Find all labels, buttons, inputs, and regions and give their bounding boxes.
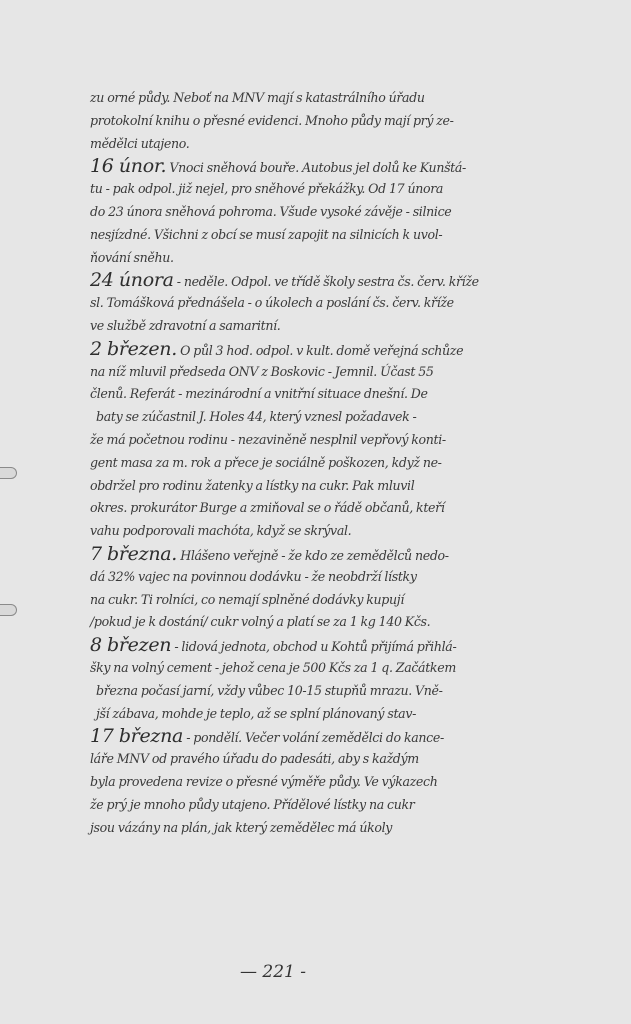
text-line: okres. prokurátor Burge a zmiňoval se o … bbox=[90, 497, 610, 520]
date-heading: 17 března bbox=[90, 725, 183, 747]
line-text: Hlášeno veřejně - že kdo ze zemědělců ne… bbox=[177, 548, 449, 563]
text-line: 2 březen. O půl 3 hod. odpol. v kult. do… bbox=[90, 338, 610, 361]
line-text: ňování sněhu. bbox=[90, 250, 174, 265]
text-line: tu - pak odpol. již nejel, pro sněhové p… bbox=[90, 178, 610, 201]
line-text: - lidová jednota, obchod u Kohtů přijímá… bbox=[171, 639, 456, 654]
text-line: do 23 února sněhová pohroma. Všude vysok… bbox=[90, 201, 610, 224]
text-line: sl. Tomášková přednášela - o úkolech a p… bbox=[90, 292, 610, 315]
text-line: obdržel pro rodinu žatenky a lístky na c… bbox=[90, 475, 610, 498]
text-line: jší zábava, mohde je teplo, až se splní … bbox=[90, 703, 610, 726]
date-heading: 24 února bbox=[90, 269, 174, 291]
line-text: okres. prokurátor Burge a zmiňoval se o … bbox=[90, 500, 445, 515]
text-line: 24 února - neděle. Odpol. ve třídě školy… bbox=[90, 269, 610, 292]
line-text: gent masa za m. rok a přece je sociálně … bbox=[90, 455, 442, 470]
line-text: tu - pak odpol. již nejel, pro sněhové p… bbox=[90, 181, 443, 196]
line-text: byla provedena revize o přesné výměře pů… bbox=[90, 774, 438, 789]
text-line: mědělci utajeno. bbox=[90, 133, 610, 156]
date-heading: 7 března. bbox=[90, 543, 177, 565]
text-line: členů. Referát - mezinárodní a vnitřní s… bbox=[90, 383, 610, 406]
text-line: protokolní knihu o přesné evidenci. Mnoh… bbox=[90, 110, 610, 133]
line-text: - pondělí. Večer volání zemědělci do kan… bbox=[183, 730, 444, 745]
text-line: 16 únor. Vnoci sněhová bouře. Autobus je… bbox=[90, 155, 610, 178]
line-text: mědělci utajeno. bbox=[90, 136, 189, 151]
text-line: ve službě zdravotní a samaritní. bbox=[90, 315, 610, 338]
line-text: do 23 února sněhová pohroma. Všude vysok… bbox=[90, 204, 451, 219]
text-line: šky na volný cement - jehož cena je 500 … bbox=[90, 657, 610, 680]
text-line: vahu podporovali machóta, když se skrýva… bbox=[90, 520, 610, 543]
text-line: baty se zúčastnil J. Holes 44, který vzn… bbox=[90, 406, 610, 429]
text-line: /pokud je k dostání/ cukr volný a platí … bbox=[90, 611, 610, 634]
text-line: zu orné půdy. Neboť na MNV mají s katast… bbox=[90, 87, 610, 110]
text-line: na cukr. Ti rolníci, co nemají splněné d… bbox=[90, 589, 610, 612]
line-text: láře MNV od pravého úřadu do padesáti, a… bbox=[90, 751, 419, 766]
text-line: byla provedena revize o přesné výměře pů… bbox=[90, 771, 610, 794]
text-line: 17 března - pondělí. Večer volání zemědě… bbox=[90, 725, 610, 748]
text-line: 8 březen - lidová jednota, obchod u Koht… bbox=[90, 634, 610, 657]
line-text: členů. Referát - mezinárodní a vnitřní s… bbox=[90, 386, 428, 401]
line-text: vahu podporovali machóta, když se skrýva… bbox=[90, 523, 351, 538]
line-text: - neděle. Odpol. ve třídě školy sestra č… bbox=[174, 274, 479, 289]
text-line: ňování sněhu. bbox=[90, 247, 610, 270]
line-text: nesjízdné. Všichni z obcí se musí zapoji… bbox=[90, 227, 442, 242]
handwritten-text-block: zu orné půdy. Neboť na MNV mají s katast… bbox=[90, 87, 610, 839]
page-number: — 221 - bbox=[240, 962, 306, 982]
line-text: protokolní knihu o přesné evidenci. Mnoh… bbox=[90, 113, 454, 128]
line-text: dá 32% vajec na povinnou dodávku - že ne… bbox=[90, 569, 417, 584]
date-heading: 2 březen. bbox=[90, 338, 177, 360]
punch-hole-bottom bbox=[0, 604, 17, 616]
document-page: zu orné půdy. Neboť na MNV mají s katast… bbox=[0, 0, 631, 1024]
line-text: jší zábava, mohde je teplo, až se splní … bbox=[96, 706, 416, 721]
line-text: baty se zúčastnil J. Holes 44, který vzn… bbox=[96, 409, 416, 424]
line-text: sl. Tomášková přednášela - o úkolech a p… bbox=[90, 295, 454, 310]
line-text: na cukr. Ti rolníci, co nemají splněné d… bbox=[90, 592, 404, 607]
text-line: že má početnou rodinu - nezaviněně nespl… bbox=[90, 429, 610, 452]
line-text: že prý je mnoho půdy utajeno. Přídělové … bbox=[90, 797, 414, 812]
line-text: jsou vázány na plán, jak který zemědělec… bbox=[90, 820, 392, 835]
text-line: března počasí jarní, vždy vůbec 10-15 st… bbox=[90, 680, 610, 703]
line-text: března počasí jarní, vždy vůbec 10-15 st… bbox=[96, 683, 443, 698]
text-line: dá 32% vajec na povinnou dodávku - že ne… bbox=[90, 566, 610, 589]
line-text: ve službě zdravotní a samaritní. bbox=[90, 318, 280, 333]
line-text: obdržel pro rodinu žatenky a lístky na c… bbox=[90, 478, 414, 493]
text-line: láře MNV od pravého úřadu do padesáti, a… bbox=[90, 748, 610, 771]
text-line: nesjízdné. Všichni z obcí se musí zapoji… bbox=[90, 224, 610, 247]
line-text: /pokud je k dostání/ cukr volný a platí … bbox=[90, 614, 430, 629]
punch-hole-top bbox=[0, 467, 17, 479]
line-text: Vnoci sněhová bouře. Autobus jel dolů ke… bbox=[166, 160, 466, 175]
text-line: na níž mluvil předseda ONV z Boskovic - … bbox=[90, 361, 610, 384]
line-text: šky na volný cement - jehož cena je 500 … bbox=[90, 660, 456, 675]
date-heading: 16 únor. bbox=[90, 155, 166, 177]
text-line: 7 března. Hlášeno veřejně - že kdo ze ze… bbox=[90, 543, 610, 566]
date-heading: 8 březen bbox=[90, 634, 171, 656]
text-line: že prý je mnoho půdy utajeno. Přídělové … bbox=[90, 794, 610, 817]
line-text: že má početnou rodinu - nezaviněně nespl… bbox=[90, 432, 446, 447]
text-line: gent masa za m. rok a přece je sociálně … bbox=[90, 452, 610, 475]
line-text: O půl 3 hod. odpol. v kult. domě veřejná… bbox=[177, 343, 463, 358]
text-line: jsou vázány na plán, jak který zemědělec… bbox=[90, 817, 610, 840]
line-text: zu orné půdy. Neboť na MNV mají s katast… bbox=[90, 90, 425, 105]
line-text: na níž mluvil předseda ONV z Boskovic - … bbox=[90, 364, 434, 379]
